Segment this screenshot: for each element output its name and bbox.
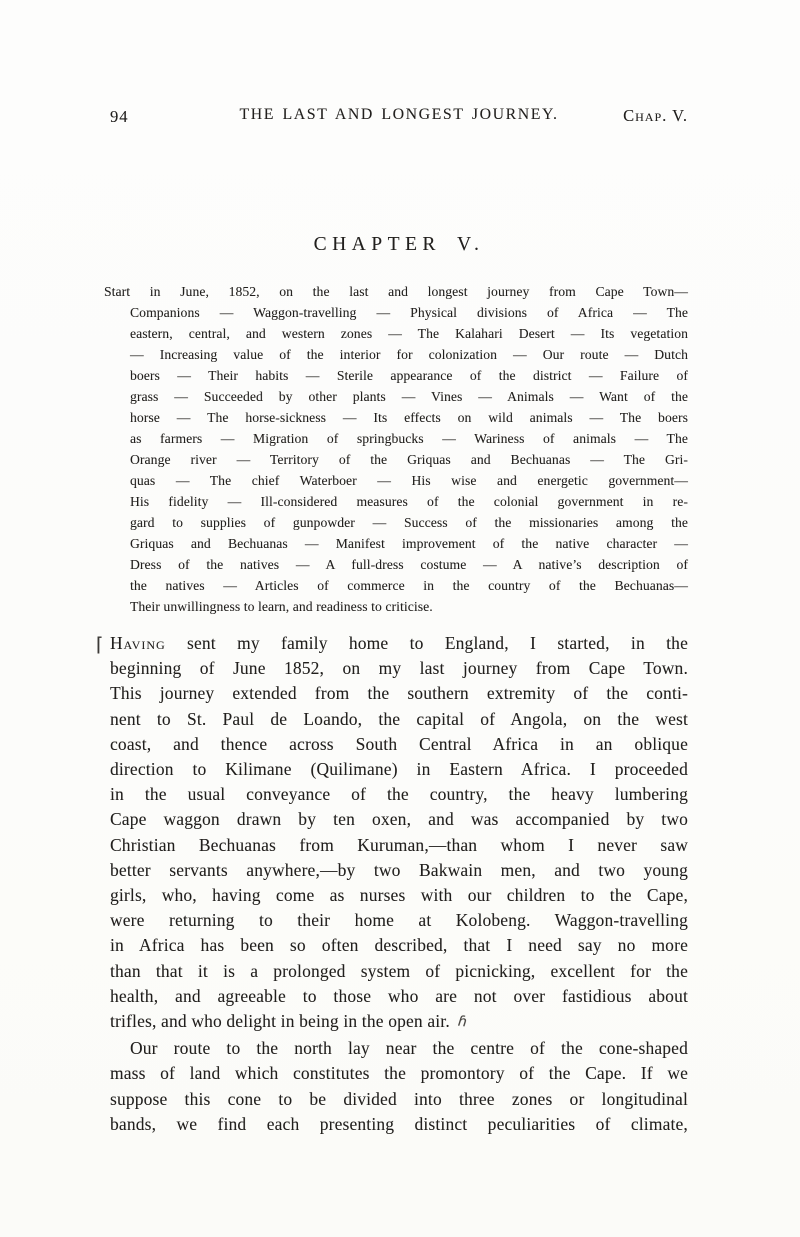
body-line: bands, we find each presenting distinct … xyxy=(110,1112,688,1137)
summary-line: Start in June, 1852, on the last and lon… xyxy=(104,281,688,302)
body-line: Christian Bechuanas from Kuruman,—than w… xyxy=(110,833,688,858)
body-line: Cape waggon drawn by ten oxen, and was a… xyxy=(110,807,688,832)
body-line: Our route to the north lay near the cent… xyxy=(110,1036,688,1061)
body-line: trifles, and who delight in being in the… xyxy=(110,1009,688,1036)
lead-word: Having xyxy=(110,633,166,653)
body-line: girls, who, having come as nurses with o… xyxy=(110,883,688,908)
body-line-text: trifles, and who delight in being in the… xyxy=(110,1011,450,1031)
summary-line: as farmers — Migration of springbucks — … xyxy=(104,428,688,449)
body-line: nent to St. Paul de Loando, the capital … xyxy=(110,707,688,732)
summary-line: Their unwillingness to learn, and readin… xyxy=(104,596,688,617)
summary-line: Orange river — Territory of the Griquas … xyxy=(104,449,688,470)
pen-squiggle-mark: ɦ xyxy=(457,1010,469,1036)
body-line: in the usual conveyance of the country, … xyxy=(110,782,688,807)
body-line: This journey extended from the southern … xyxy=(110,681,688,706)
book-page: 94 THE LAST AND LONGEST JOURNEY. Chap. V… xyxy=(0,0,800,1237)
summary-line: Companions — Waggon-travelling — Physica… xyxy=(104,302,688,323)
summary-line: Griquas and Bechuanas — Manifest improve… xyxy=(104,533,688,554)
body-line: coast, and thence across South Central A… xyxy=(110,732,688,757)
body-text: ⌈ Having sent my family home to England,… xyxy=(110,631,688,1137)
summary-line: the natives — Articles of commerce in th… xyxy=(104,575,688,596)
chapter-summary: Start in June, 1852, on the last and lon… xyxy=(104,281,688,617)
body-line: in Africa has been so often described, t… xyxy=(110,933,688,958)
ink-bracket-mark: ⌈ xyxy=(96,633,103,658)
body-line: health, and agreeable to those who are n… xyxy=(110,984,688,1009)
summary-line: gard to supplies of gunpowder — Success … xyxy=(104,512,688,533)
summary-line: eastern, central, and western zones — Th… xyxy=(104,323,688,344)
page-number: 94 xyxy=(110,107,129,127)
body-line: mass of land which constitutes the promo… xyxy=(110,1061,688,1086)
summary-line: quas — The chief Waterboer — His wise an… xyxy=(104,470,688,491)
summary-line: boers — Their habits — Sterile appearanc… xyxy=(104,365,688,386)
running-title: THE LAST AND LONGEST JOURNEY. xyxy=(110,106,688,124)
body-line: were returning to their home at Kolobeng… xyxy=(110,908,688,933)
lead-rest: sent my family home to England, I starte… xyxy=(187,633,688,653)
body-line: than that it is a prolonged system of pi… xyxy=(110,959,688,984)
body-line: direction to Kilimane (Quilimane) in Eas… xyxy=(110,757,688,782)
body-line: better servants anywhere,—by two Bakwain… xyxy=(110,858,688,883)
body-line: suppose this cone to be divided into thr… xyxy=(110,1087,688,1112)
chapter-marker: Chap. V. xyxy=(623,106,688,126)
body-line: Having sent my family home to England, I… xyxy=(110,631,688,656)
body-line: beginning of June 1852, on my last journ… xyxy=(110,656,688,681)
running-header: 94 THE LAST AND LONGEST JOURNEY. Chap. V… xyxy=(110,106,688,128)
summary-line: Dress of the natives — A full-dress cost… xyxy=(104,554,688,575)
summary-line: — Increasing value of the interior for c… xyxy=(104,344,688,365)
summary-line: grass — Succeeded by other plants — Vine… xyxy=(104,386,688,407)
chapter-heading: CHAPTER V. xyxy=(110,234,688,256)
summary-line: His fidelity — Ill-considered measures o… xyxy=(104,491,688,512)
summary-line: horse — The horse-sickness — Its effects… xyxy=(104,407,688,428)
